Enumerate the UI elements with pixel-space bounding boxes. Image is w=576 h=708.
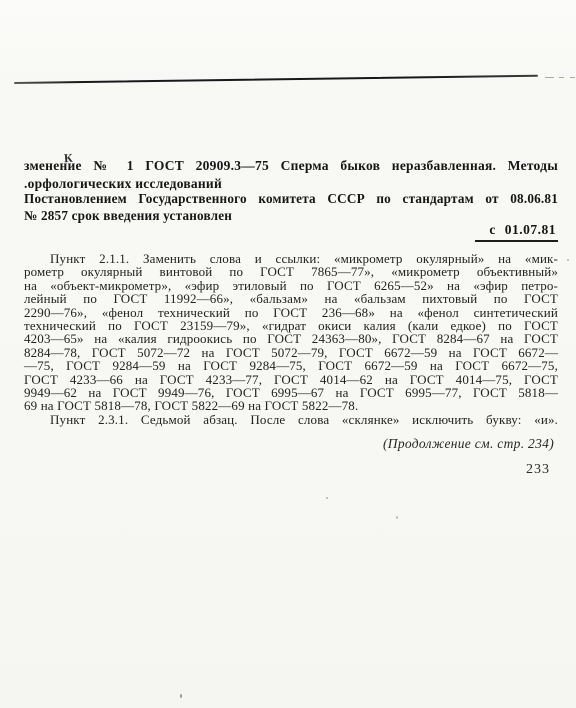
scanned-document-page: К зменение № 1 ГОСТ 20909.3—75 Сперма бы… (0, 0, 576, 708)
decree-line-1: Постановлением Государственного комитета… (24, 191, 558, 208)
body-line: технический по ГОСТ 23159—79», «гидрат о… (24, 319, 558, 332)
body-line: 2290—76», «фенол технический по ГОСТ 236… (24, 306, 558, 319)
body-line: —75, ГОСТ 9284—59 на ГОСТ 9284—75, ГОСТ … (24, 359, 558, 372)
effective-date-row: с 01.07.81 (24, 221, 558, 242)
paper-speck (180, 694, 182, 698)
amendment-title-line-1: зменение № 1 ГОСТ 20909.3—75 Сперма быко… (24, 157, 558, 175)
amendment-title-line-2: .орфологических исследований (24, 175, 558, 193)
body-line: лейный по ГОСТ 11992—66», «бальзам» на «… (24, 292, 558, 305)
continuation-note: (Продолжение см. стр. 234) (24, 436, 558, 452)
body-line: на «объект-микрометр», «эфир этиловый по… (24, 279, 558, 292)
rule-dash-artifact (570, 77, 575, 78)
page-number: 233 (24, 462, 558, 478)
body-line: 69 на ГОСТ 5818—78, ГОСТ 5822—69 на ГОСТ… (24, 399, 558, 412)
body-line: 9949—62 на ГОСТ 9949—76, ГОСТ 6995—67 на… (24, 386, 558, 399)
body-line: рометр окулярный винтовой по ГОСТ 7865—7… (24, 265, 558, 278)
body-line: ГОСТ 4233—66 на ГОСТ 4233—77, ГОСТ 4014—… (24, 373, 558, 386)
body-line: 4203—65» на «калия гидроокись по ГОСТ 24… (24, 332, 558, 345)
decree-statement: Постановлением Государственного комитета… (24, 191, 558, 224)
paper-speck (567, 259, 569, 261)
body-line: Пункт 2.1.1. Заменить слова и ссылки: «м… (24, 252, 558, 265)
body-line: 8284—78, ГОСТ 5072—72 на ГОСТ 5072—79, Г… (24, 346, 558, 359)
rule-dash-artifact (559, 77, 564, 78)
effective-date: с 01.07.81 (475, 222, 558, 242)
amendment-body-text: Пункт 2.1.1. Заменить слова и ссылки: «м… (24, 252, 558, 426)
paper-speck (396, 516, 398, 519)
paper-speck (326, 497, 328, 499)
top-horizontal-rule (14, 75, 538, 84)
rule-dash-artifact (545, 77, 554, 78)
amendment-header: зменение № 1 ГОСТ 20909.3—75 Сперма быко… (24, 157, 558, 192)
body-line: Пункт 2.3.1. Седьмой абзац. После слова … (24, 413, 558, 426)
